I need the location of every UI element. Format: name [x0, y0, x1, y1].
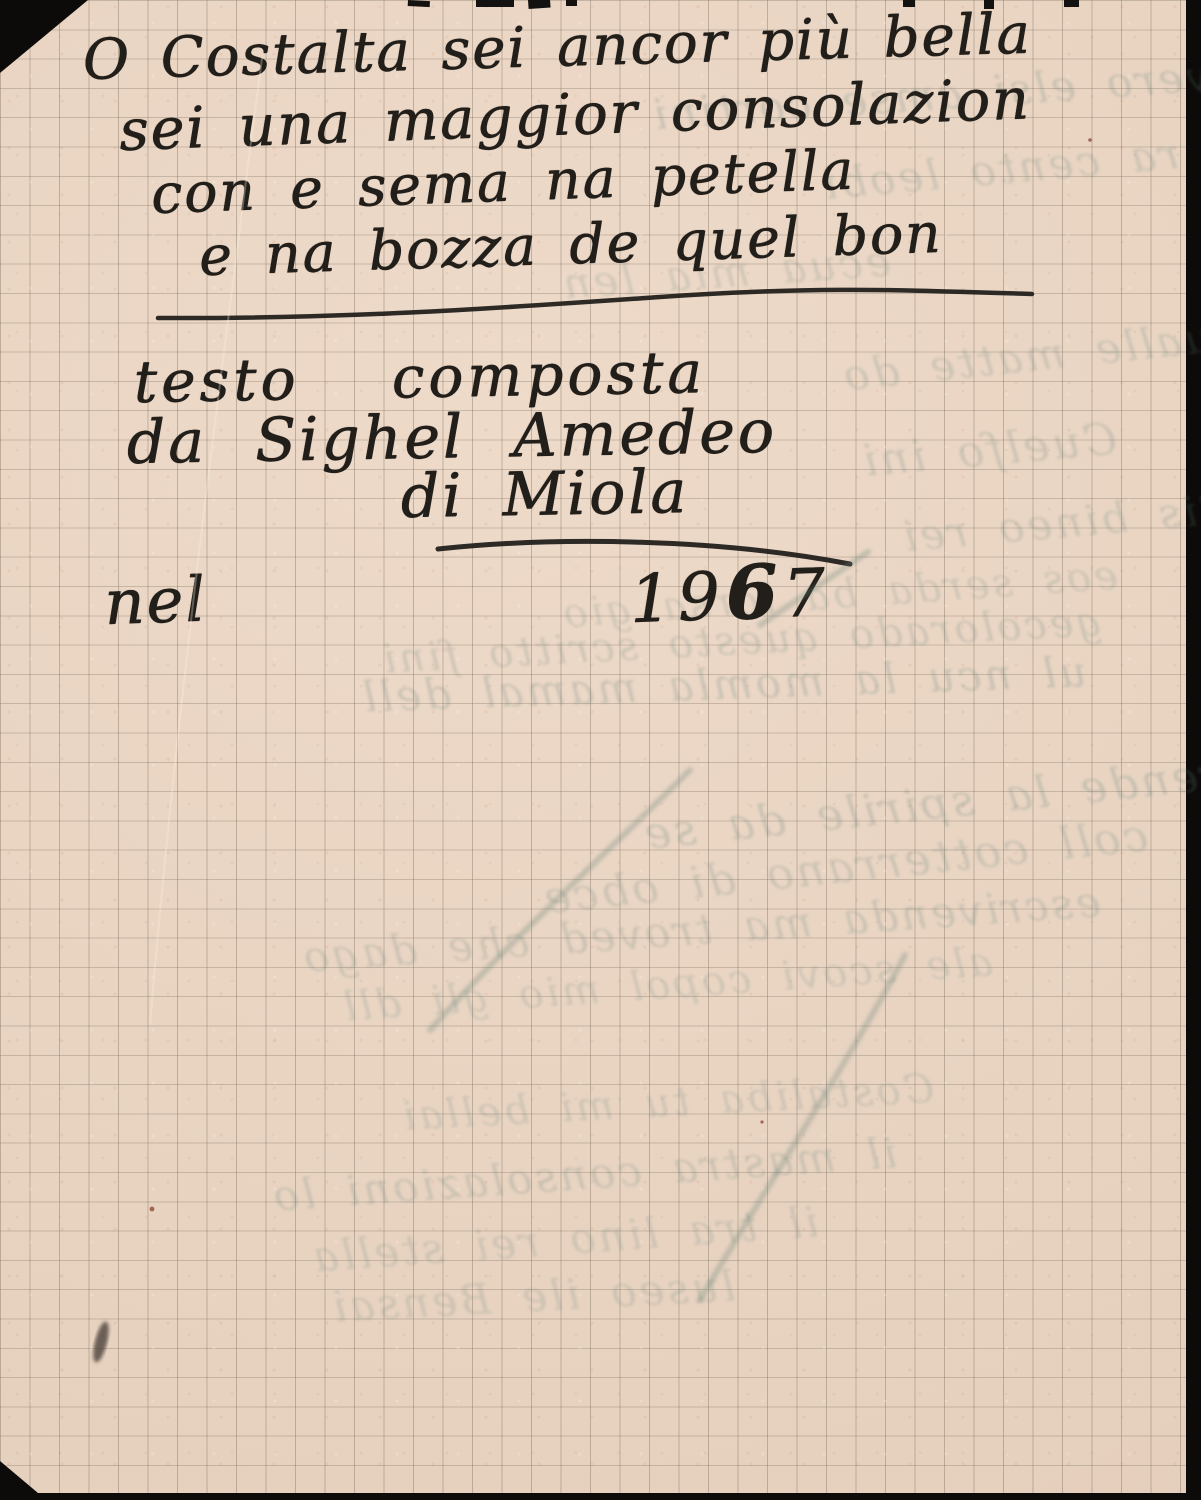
year-digit-6-overwritten: 6	[724, 549, 784, 637]
scanned-page: cenvero elsi amse cortini il ra cento le…	[0, 0, 1201, 1500]
attribution-line-3: di Miola	[400, 457, 690, 532]
year-number: 1967	[628, 547, 832, 640]
year-word: nel	[103, 562, 208, 639]
year-digit-7: 7	[782, 554, 833, 633]
year-digits-19: 19	[628, 558, 727, 638]
